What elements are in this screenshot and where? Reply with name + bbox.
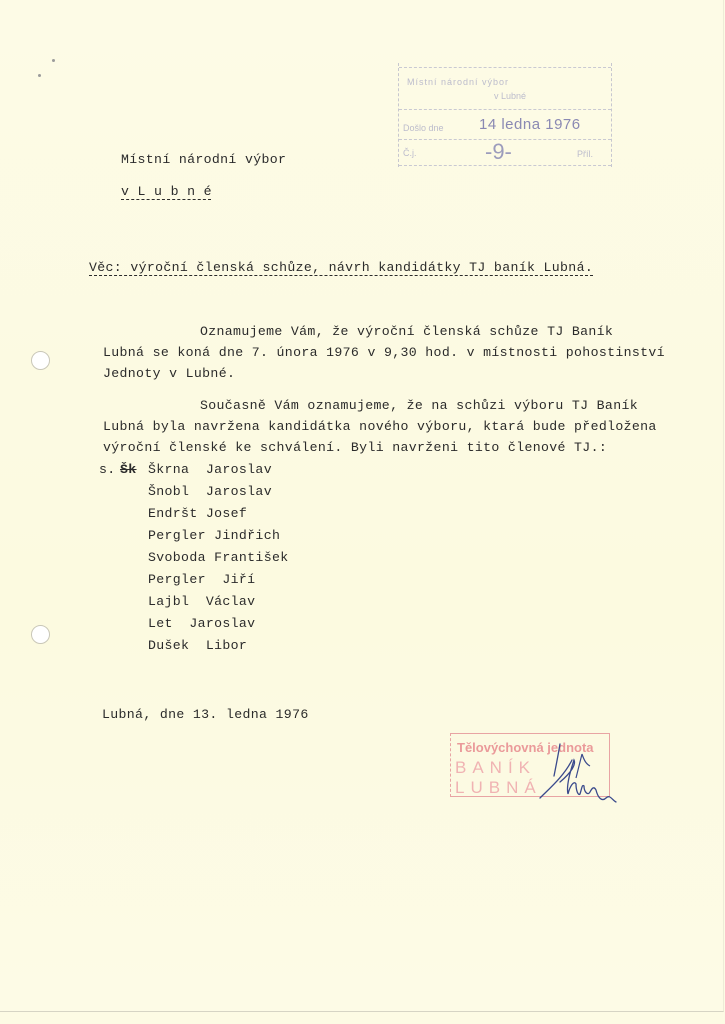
paragraph1-line3: Jednoty v Lubné.	[103, 366, 235, 381]
speck	[38, 74, 41, 77]
punch-hole-top	[31, 351, 50, 370]
subject-line: Věc: výroční členská schůze, návrh kandi…	[89, 260, 593, 275]
candidate-item: Let Jaroslav	[148, 616, 255, 631]
paragraph2-line2: Lubná byla navržena kandidátka nového vý…	[103, 419, 657, 434]
speck	[52, 59, 55, 62]
paragraph1-line2: Lubná se koná dne 7. února 1976 v 9,30 h…	[103, 345, 665, 360]
paragraph2-line1: Současně Vám oznamujeme, že na schůzi vý…	[200, 398, 638, 413]
candidate-item: Pergler Jindřich	[148, 528, 280, 543]
candidate-item: Lajbl Václav	[148, 594, 255, 609]
received-date: 14 ledna 1976	[479, 116, 581, 133]
registry-stamp-subheader: v Lubné	[494, 91, 526, 101]
paragraph1-line1: Oznamujeme Vám, že výroční členská schůz…	[200, 324, 613, 339]
paragraph2-line3: výroční členské ke schválení. Byli navrž…	[103, 440, 607, 455]
candidate-item: Pergler Jiří	[148, 572, 255, 587]
candidate-item: Šnobl Jaroslav	[148, 484, 272, 499]
registry-stamp-header: Místní národní výbor	[407, 77, 509, 87]
candidate-item: Svoboda František	[148, 550, 288, 565]
struck-text: Šk	[120, 462, 137, 477]
number-label: Č.j.	[403, 148, 417, 158]
attachments-label: Příl.	[577, 149, 593, 159]
candidate-item: Škrna Jaroslav	[148, 462, 272, 477]
registry-number: -9-	[485, 139, 512, 165]
addressee-line2: v L u b n é	[121, 184, 212, 199]
punch-hole-bottom	[31, 625, 50, 644]
signature-icon	[520, 742, 630, 832]
received-label: Došlo dne	[403, 123, 444, 133]
registry-stamp: Místní národní výbor v Lubné Došlo dne 1…	[398, 63, 612, 167]
list-prefix: s.	[99, 462, 116, 477]
place-date: Lubná, dne 13. ledna 1976	[102, 707, 309, 722]
candidate-item: Endršt Josef	[148, 506, 247, 521]
candidate-item: Dušek Libor	[148, 638, 247, 653]
addressee-line1: Místní národní výbor	[121, 152, 286, 167]
document-page: Místní národní výbor v Lubné Došlo dne 1…	[0, 0, 724, 1012]
